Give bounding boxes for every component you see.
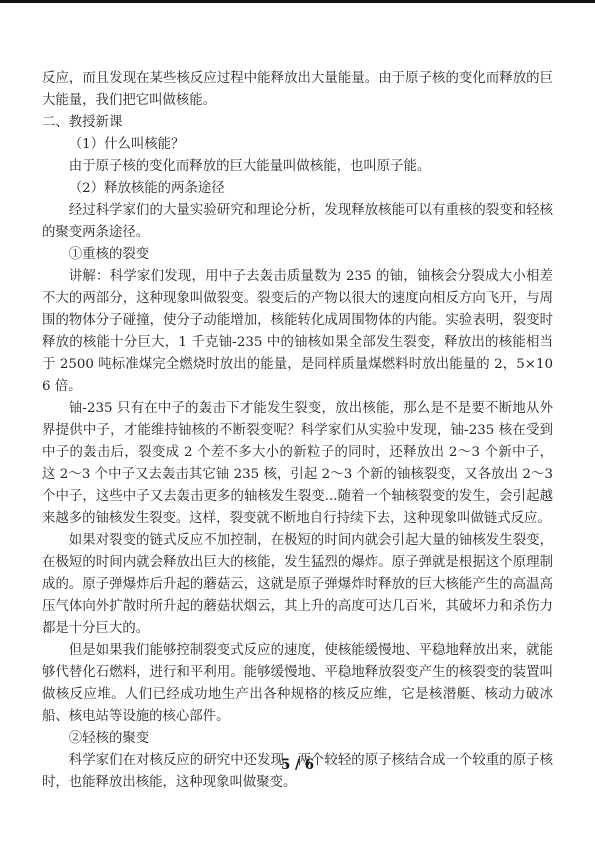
subsection-heading-2: （2）释放核能的两条途径 (42, 178, 553, 200)
paragraph: 铀-235 只有在中子的轰击下才能发生裂变，放出核能，那么是不是要不断地从外界提… (42, 398, 553, 530)
item-heading-fusion: ②轻核的聚变 (42, 728, 553, 750)
paragraph-continuation: 反应，而且发现在某些核反应过程中能释放出大量能量。由于原子核的变化而释放的巨大能… (42, 68, 553, 112)
paragraph: 讲解：科学家们发现，用中子去轰击质量数为 235 的铀，铀核会分裂成大小相差不大… (42, 266, 553, 398)
paragraph: 由于原子核的变化而释放的巨大能量叫做核能，也叫原子能。 (42, 156, 553, 178)
document-page-body: 反应，而且发现在某些核反应过程中能释放出大量能量。由于原子核的变化而释放的巨大能… (42, 68, 553, 794)
subsection-heading-1: （1）什么叫核能？ (42, 134, 553, 156)
page-top-edge (0, 0, 595, 3)
paragraph: 如果对裂变的链式反应不加控制，在极短的时间内就会引起大量的铀核发生裂变，在极短的… (42, 530, 553, 640)
paragraph: 但是如果我们能够控制裂变式反应的速度，使核能缓慢地、平稳地释放出来，就能够代替化… (42, 640, 553, 728)
section-heading: 二、教授新课 (42, 112, 553, 134)
paragraph: 经过科学家们的大量实验研究和理论分析，发现释放核能可以有重核的裂变和轻核的聚变两… (42, 200, 553, 244)
item-heading-fission: ①重核的裂变 (42, 244, 553, 266)
page-number: 5 / 6 (0, 757, 595, 773)
